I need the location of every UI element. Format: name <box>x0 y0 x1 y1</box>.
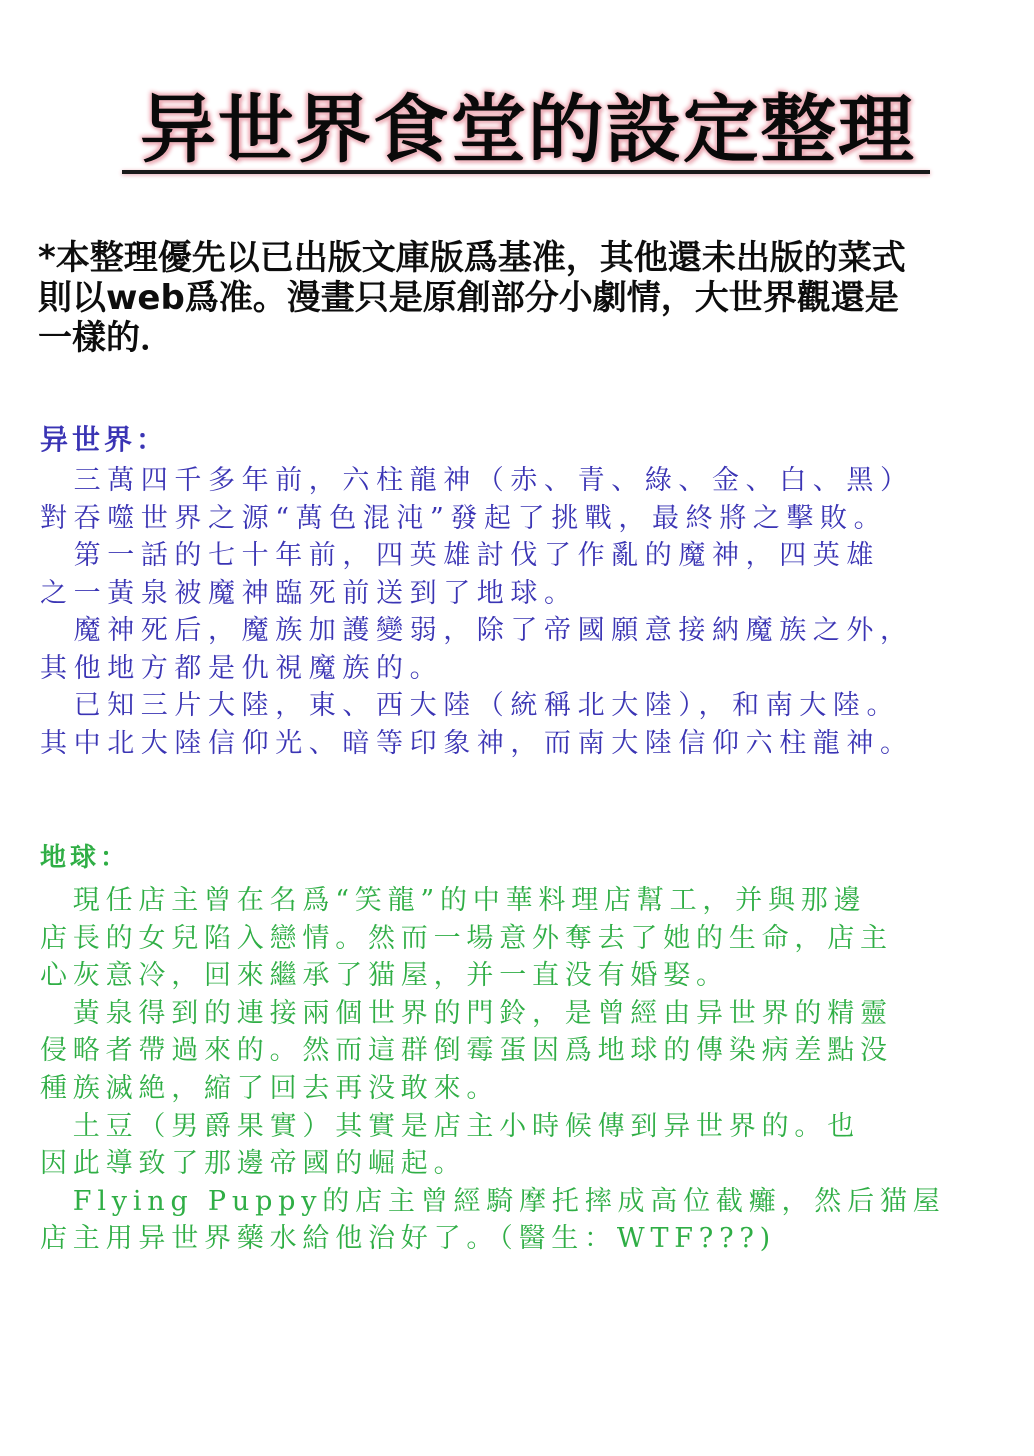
paragraph-line: 其中北大陸信仰光、暗等印象神，而南大陸信仰六柱龍神。 <box>40 725 1015 763</box>
title-underline <box>122 170 930 174</box>
section-earth: 地球： 現任店主曾在名爲“笑龍”的中華料理店幫工，并與那邊 店長的女兒陷入戀情。… <box>40 838 1015 1258</box>
paragraph-line: 店主用异世界藥水給他治好了。（醫生：WTF???) <box>40 1220 1015 1258</box>
section-body: 現任店主曾在名爲“笑龍”的中華料理店幫工，并與那邊 店長的女兒陷入戀情。然而一場… <box>40 882 1015 1258</box>
paragraph-line: 種族滅絶，縮了回去再没敢來。 <box>40 1070 1015 1108</box>
paragraph-line: 魔神死后，魔族加護變弱，除了帝國願意接納魔族之外， <box>40 612 1015 650</box>
section-heading: 异世界： <box>40 420 1015 460</box>
section-heading: 地球： <box>40 838 1015 878</box>
section-body: 三萬四千多年前，六柱龍神（赤、青、綠、金、白、黑） 對吞噬世界之源“萬色混沌”發… <box>40 462 1015 762</box>
paragraph-line: 之一黃泉被魔神臨死前送到了地球。 <box>40 575 1015 613</box>
paragraph-line: 對吞噬世界之源“萬色混沌”發起了挑戰，最終將之擊敗。 <box>40 500 1015 538</box>
intro-line: 一樣的． <box>38 318 1008 358</box>
section-otherworld: 异世界： 三萬四千多年前，六柱龍神（赤、青、綠、金、白、黑） 對吞噬世界之源“萬… <box>40 420 1015 762</box>
paragraph-line: 三萬四千多年前，六柱龍神（赤、青、綠、金、白、黑） <box>40 462 1015 500</box>
paragraph-line: 侵略者帶過來的。然而這群倒霉蛋因爲地球的傳染病差點没 <box>40 1032 1015 1070</box>
intro-line: *本整理優先以已出版文庫版爲基准，其他還未出版的菜式 <box>38 238 1008 278</box>
page-title: 异世界食堂的設定整理 <box>140 84 915 176</box>
paragraph-line: 現任店主曾在名爲“笑龍”的中華料理店幫工，并與那邊 <box>40 882 1015 920</box>
paragraph-line: Flying Puppy的店主曾經騎摩托摔成高位截癱，然后猫屋 <box>40 1183 1015 1221</box>
paragraph-line: 因此導致了那邊帝國的崛起。 <box>40 1145 1015 1183</box>
title-banner: 异世界食堂的設定整理 <box>118 84 938 184</box>
paragraph-line: 已知三片大陸，東、西大陸（統稱北大陸），和南大陸。 <box>40 687 1015 725</box>
paragraph-line: 其他地方都是仇視魔族的。 <box>40 650 1015 688</box>
paragraph-line: 黃泉得到的連接兩個世界的門鈴，是曾經由异世界的精靈 <box>40 995 1015 1033</box>
paragraph-line: 心灰意冷，回來繼承了猫屋，并一直没有婚娶。 <box>40 957 1015 995</box>
paragraph-line: 第一話的七十年前，四英雄討伐了作亂的魔神，四英雄 <box>40 537 1015 575</box>
intro-note: *本整理優先以已出版文庫版爲基准，其他還未出版的菜式 則以web爲准。漫畫只是原… <box>38 238 1008 358</box>
intro-line: 則以web爲准。漫畫只是原創部分小劇情，大世界觀還是 <box>38 278 1008 318</box>
paragraph-line: 店長的女兒陷入戀情。然而一場意外奪去了她的生命，店主 <box>40 920 1015 958</box>
paragraph-line: 土豆（男爵果實）其實是店主小時候傳到异世界的。也 <box>40 1108 1015 1146</box>
